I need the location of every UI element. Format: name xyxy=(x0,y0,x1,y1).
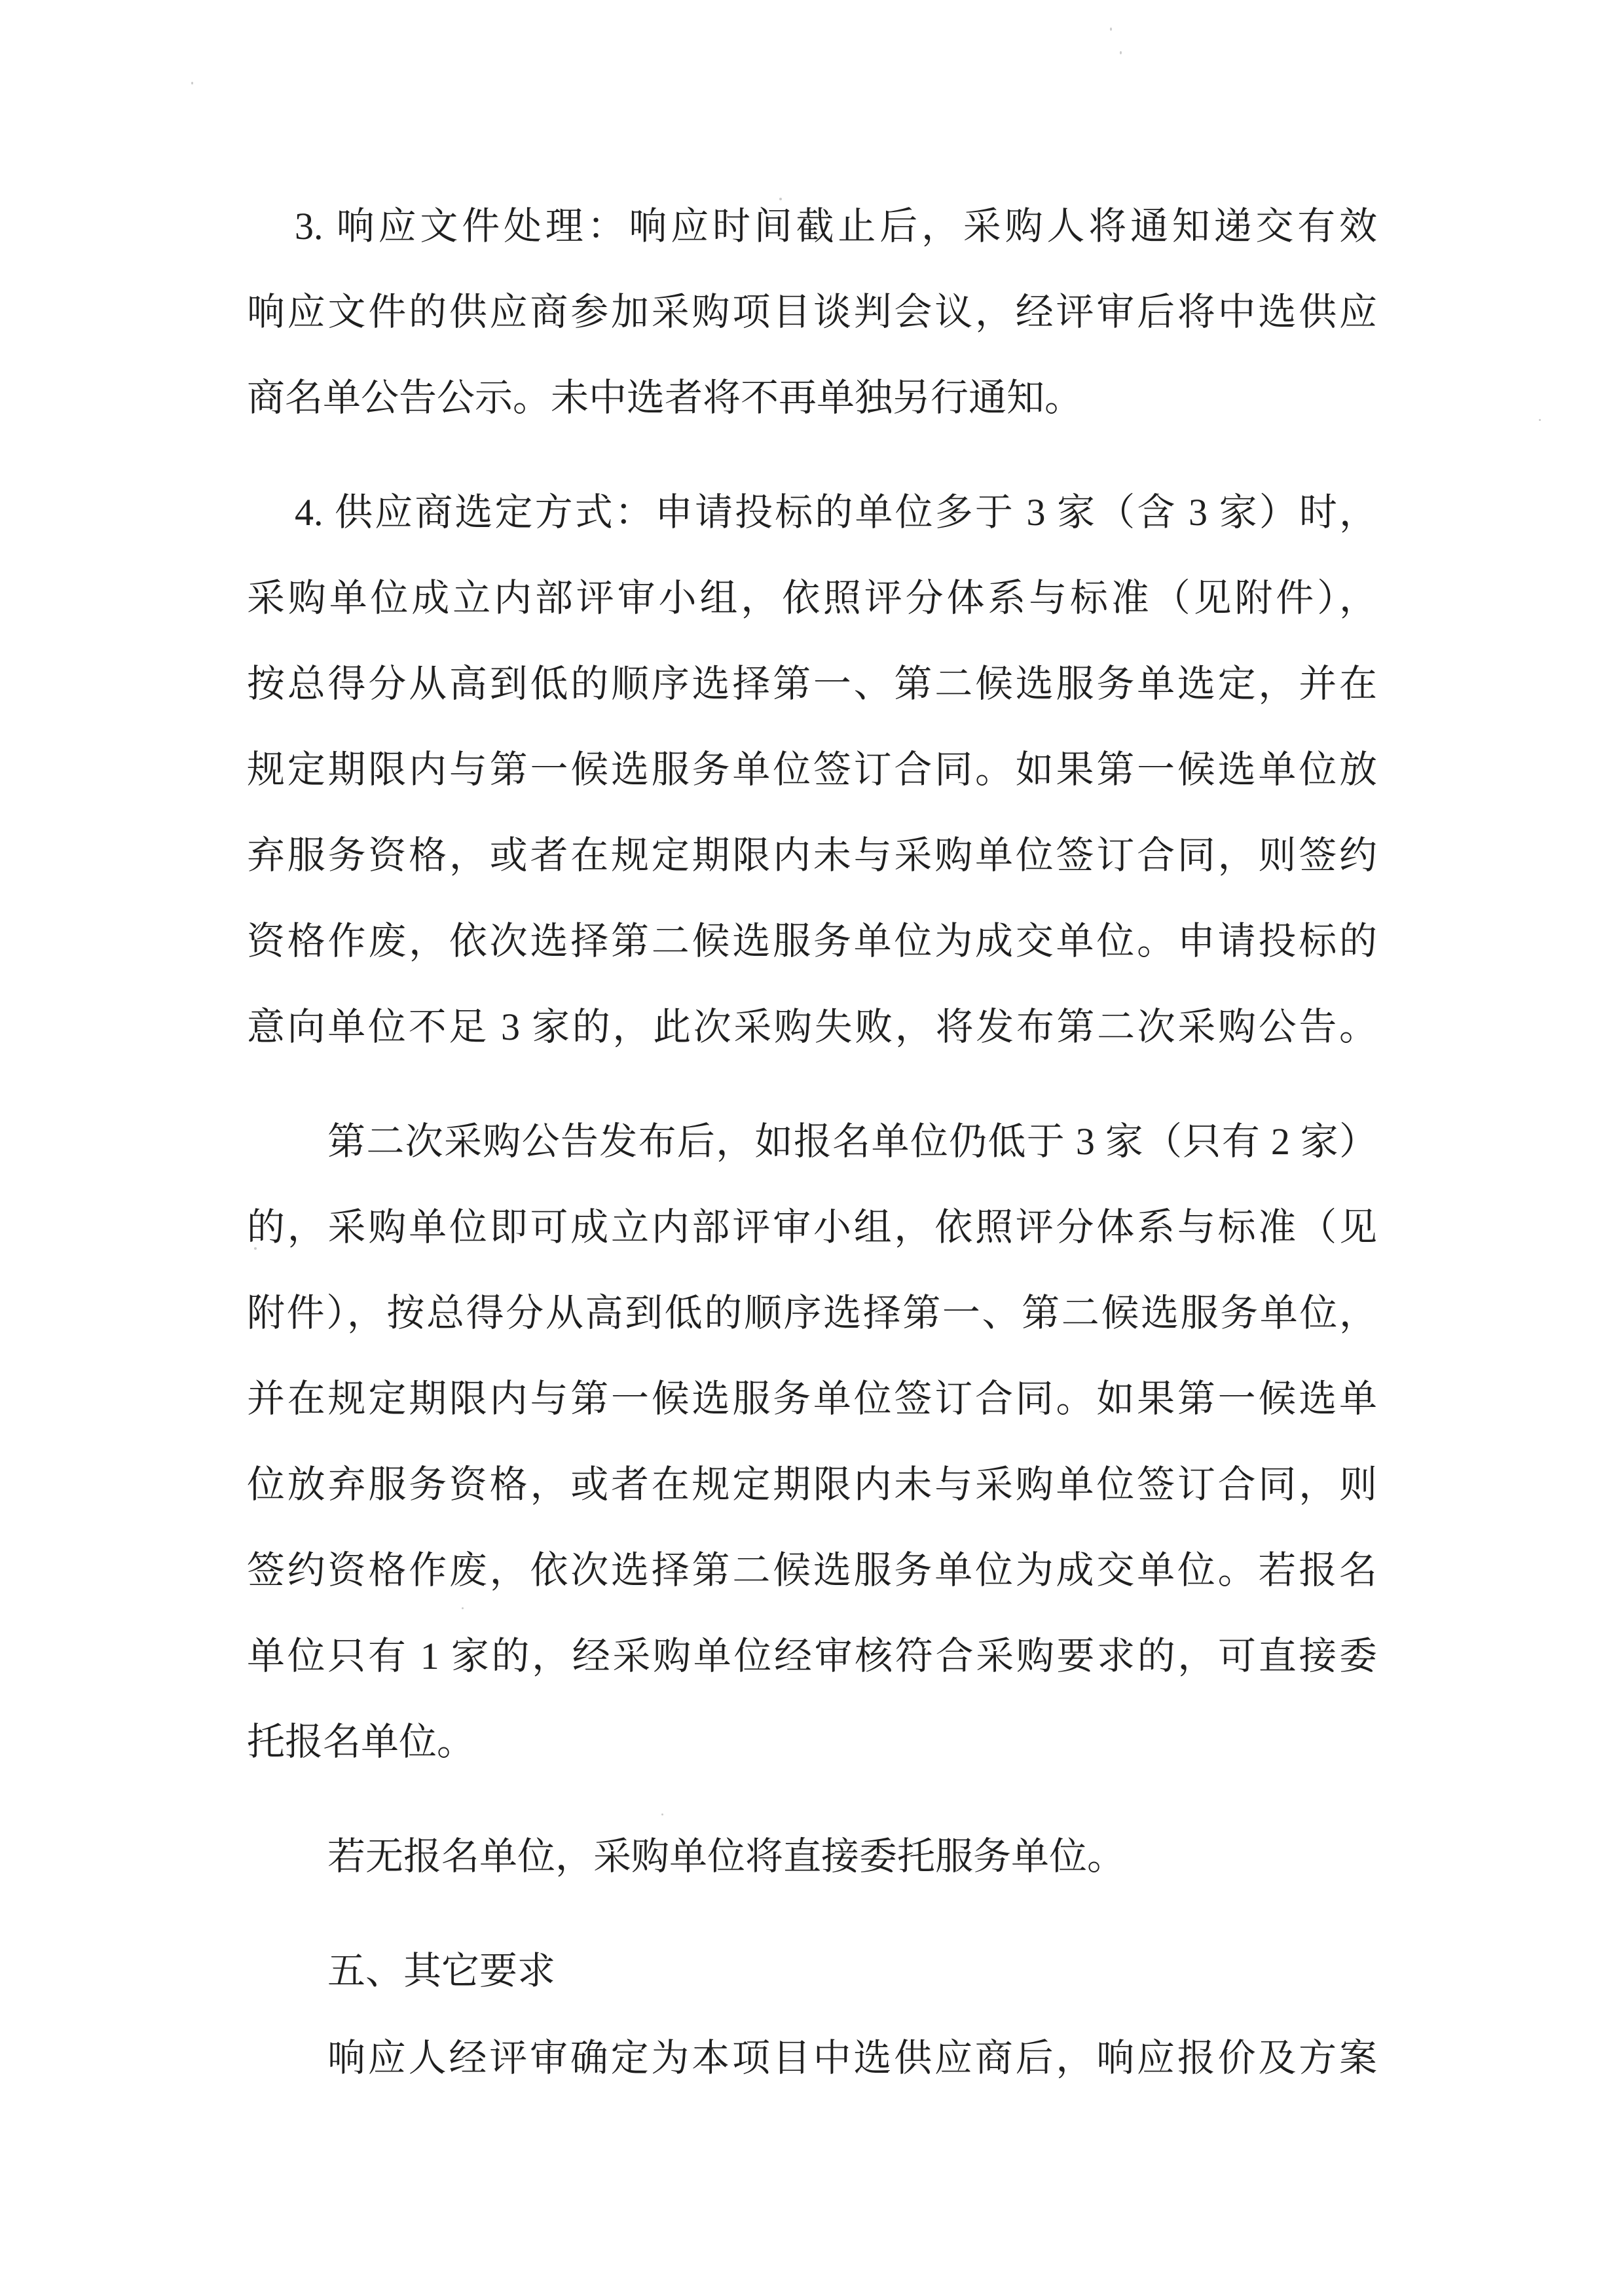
text-line: 资格作废，依次选择第二候选服务单位为成交单位。申请投标的 xyxy=(247,898,1377,984)
text-line: 弃服务资格，或者在规定期限内未与采购单位签订合同，则签约 xyxy=(247,812,1377,898)
text-line: 附件），按总得分从高到低的顺序选择第一、第二候选服务单位， xyxy=(247,1270,1377,1356)
scan-speck xyxy=(191,82,193,84)
text-line: 规定期限内与第一候选服务单位签订合同。如果第一候选单位放 xyxy=(247,727,1377,812)
text-line: 3. 响应文件处理：响应时间截止后，采购人将通知递交有效 xyxy=(247,183,1377,269)
text-line: 意向单位不足 3 家的，此次采购失败，将发布第二次采购公告。 xyxy=(247,984,1377,1070)
scan-speck xyxy=(779,198,782,200)
document-body: 3. 响应文件处理：响应时间截止后，采购人将通知递交有效响应文件的供应商参加采购… xyxy=(247,183,1377,2101)
scan-speck xyxy=(462,1607,464,1609)
text-line: 商名单公告公示。未中选者将不再单独另行通知。 xyxy=(247,355,1377,441)
scan-speck xyxy=(254,1247,257,1250)
scan-speck xyxy=(1110,27,1112,31)
paragraph: 4. 供应商选定方式：申请投标的单位多于 3 家（含 3 家）时，采购单位成立内… xyxy=(247,469,1377,1070)
text-line: 第二次采购公告发布后，如报名单位仍低于 3 家（只有 2 家） xyxy=(247,1099,1377,1184)
scan-speck xyxy=(1120,51,1122,54)
scan-speck xyxy=(661,1813,663,1815)
text-line: 并在规定期限内与第一候选服务单位签订合同。如果第一候选单 xyxy=(247,1356,1377,1442)
text-line: 签约资格作废，依次选择第二候选服务单位为成交单位。若报名 xyxy=(247,1527,1377,1613)
text-line: 位放弃服务资格，或者在规定期限内未与采购单位签订合同，则 xyxy=(247,1442,1377,1527)
text-line: 的，采购单位即可成立内部评审小组，依照评分体系与标准（见 xyxy=(247,1184,1377,1270)
text-line: 响应文件的供应商参加采购项目谈判会议，经评审后将中选供应 xyxy=(247,269,1377,355)
text-line: 若无报名单位，采购单位将直接委托服务单位。 xyxy=(247,1813,1377,1899)
text-line: 采购单位成立内部评审小组，依照评分体系与标准（见附件）， xyxy=(247,555,1377,641)
paragraph: 第二次采购公告发布后，如报名单位仍低于 3 家（只有 2 家）的，采购单位即可成… xyxy=(247,1099,1377,1785)
paragraph: 五、其它要求 xyxy=(247,1928,1377,2014)
scanned-page: 3. 响应文件处理：响应时间截止后，采购人将通知递交有效响应文件的供应商参加采购… xyxy=(0,0,1624,2296)
scan-speck xyxy=(1539,419,1541,421)
paragraph: 若无报名单位，采购单位将直接委托服务单位。 xyxy=(247,1813,1377,1899)
paragraph: 响应人经评审确定为本项目中选供应商后，响应报价及方案 xyxy=(247,2015,1377,2101)
text-line: 按总得分从高到低的顺序选择第一、第二候选服务单选定，并在 xyxy=(247,641,1377,727)
text-line: 托报名单位。 xyxy=(247,1699,1377,1785)
paragraph: 3. 响应文件处理：响应时间截止后，采购人将通知递交有效响应文件的供应商参加采购… xyxy=(247,183,1377,441)
text-line: 响应人经评审确定为本项目中选供应商后，响应报价及方案 xyxy=(247,2015,1377,2101)
text-line: 五、其它要求 xyxy=(247,1928,1377,2014)
text-line: 4. 供应商选定方式：申请投标的单位多于 3 家（含 3 家）时， xyxy=(247,469,1377,555)
text-line: 单位只有 1 家的，经采购单位经审核符合采购要求的，可直接委 xyxy=(247,1613,1377,1699)
